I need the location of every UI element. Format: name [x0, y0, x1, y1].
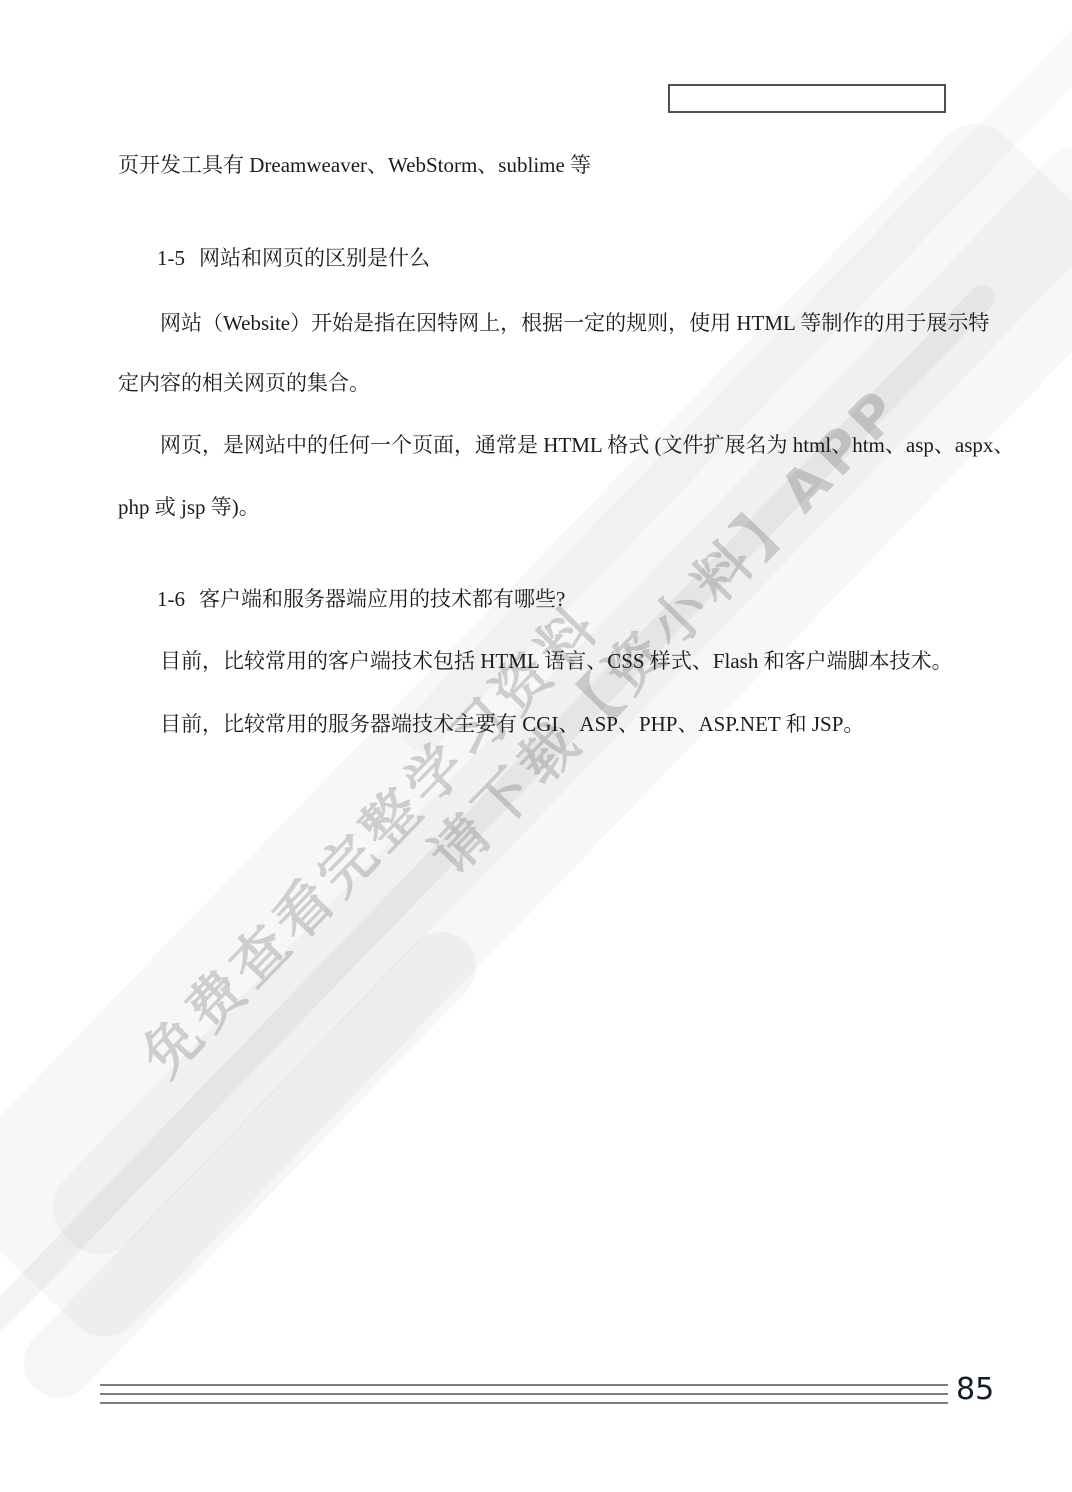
header-text-box[interactable] [668, 84, 946, 113]
question-1-5-number: 1-5 [157, 246, 185, 270]
answer-line: 目前，比较常用的客户端技术包括 HTML 语言、CSS 样式、Flash 和客户… [160, 648, 953, 675]
page-number: 85 [956, 1374, 994, 1406]
footer-rule-bottom [100, 1402, 948, 1404]
question-1-5-heading: 1-5网站和网页的区别是什么 [157, 245, 430, 272]
answer-line: 目前，比较常用的服务器端技术主要有 CGI、ASP、PHP、ASP.NET 和 … [160, 711, 864, 738]
intro-line: 页开发工具有 Dreamweaver、WebStorm、sublime 等 [118, 152, 591, 179]
question-1-6-number: 1-6 [157, 587, 185, 611]
question-1-5-title: 网站和网页的区别是什么 [199, 246, 430, 270]
question-1-6-title: 客户端和服务器端应用的技术都有哪些? [199, 587, 565, 611]
answer-line: 网页，是网站中的任何一个页面，通常是 HTML 格式 (文件扩展名为 html、… [160, 432, 1014, 459]
brush-stroke-top [394, 0, 1072, 760]
brush-stroke-bottom [9, 918, 490, 1413]
answer-line: 定内容的相关网页的集合。 [118, 370, 370, 397]
brush-stroke-mid [37, 129, 1072, 1271]
answer-line: 网站（Website）开始是指在因特网上，根据一定的规则，使用 HTML 等制作… [160, 310, 989, 337]
footer-rule-middle [100, 1393, 948, 1395]
document-page: 免费查看完整学习资料 请下载【资小料】APP 页开发工具有 Dreamweave… [0, 0, 1072, 1492]
watermark-layer: 免费查看完整学习资料 请下载【资小料】APP [0, 0, 1072, 1492]
answer-line: php 或 jsp 等)。 [118, 494, 260, 521]
question-1-6-heading: 1-6客户端和服务器端应用的技术都有哪些? [157, 586, 565, 613]
footer-rule-top [100, 1384, 948, 1386]
